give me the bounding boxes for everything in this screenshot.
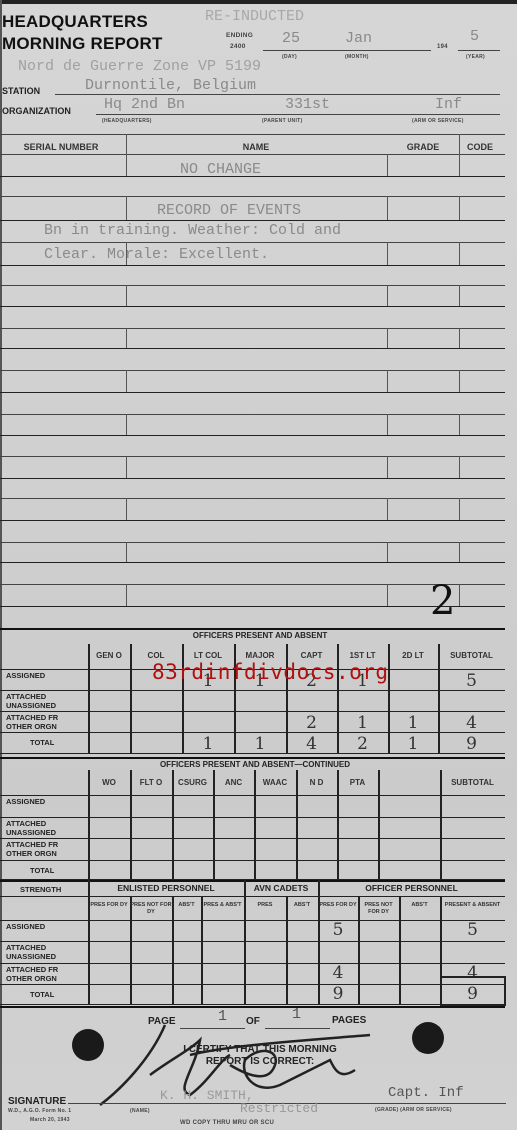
officers-cell-value: 9 bbox=[438, 734, 505, 754]
strength-column-divider bbox=[286, 896, 288, 1004]
officers-cell-value: 2 bbox=[337, 734, 388, 754]
roster-rule bbox=[0, 220, 505, 221]
roster-rule bbox=[0, 176, 505, 177]
officers-col-header: GEN O bbox=[88, 651, 130, 660]
roster-column-divider bbox=[126, 456, 127, 478]
officers-row-label: TOTAL bbox=[30, 738, 105, 747]
strength-column-divider bbox=[399, 896, 401, 1004]
col-grade: GRADE bbox=[388, 142, 458, 152]
roster-column-divider bbox=[459, 414, 460, 435]
officers-cell-value: 5 bbox=[438, 671, 505, 691]
roster-rule bbox=[0, 435, 505, 436]
roster-column-divider bbox=[126, 584, 127, 606]
org-parent-unit: 331st bbox=[285, 96, 330, 113]
strength-row-label: ATTACHED FR OTHER ORGN bbox=[6, 965, 81, 983]
strength-column-divider bbox=[244, 880, 246, 1004]
punch-hole-right bbox=[412, 1022, 444, 1054]
roster-column-divider bbox=[126, 134, 127, 154]
roster-column-divider bbox=[387, 498, 388, 520]
officers-continued-col-header: CSURG bbox=[172, 778, 213, 787]
title-morning-report: MORNING REPORT bbox=[2, 34, 163, 54]
distribution-note: WD COPY THRU MRU OR SCU bbox=[180, 1120, 274, 1126]
roster-column-divider bbox=[459, 196, 460, 220]
strength-cell-value: 5 bbox=[440, 920, 505, 940]
roster-rule bbox=[0, 520, 505, 521]
strength-row-label: ATTACHED UNASSIGNED bbox=[6, 943, 81, 961]
officers-cell-value: 1 bbox=[337, 713, 388, 733]
organization-underline bbox=[96, 114, 500, 115]
strength-label: STRENGTH bbox=[20, 885, 61, 894]
roster-column-divider bbox=[387, 584, 388, 606]
roster-column-divider bbox=[459, 584, 460, 606]
officers-continued-col-header: N D bbox=[296, 778, 337, 787]
roster-rule bbox=[0, 498, 505, 499]
officers-col-header: COL bbox=[130, 651, 182, 660]
officers-continued-row-rule bbox=[0, 838, 505, 839]
officers-cell-value: 1 bbox=[388, 713, 438, 733]
officers-col-header: SUBTOTAL bbox=[438, 651, 505, 660]
roster-column-divider bbox=[387, 196, 388, 220]
roster-column-divider bbox=[126, 542, 127, 562]
officers-continued-row-label: ATTACHED FR OTHER ORGN bbox=[6, 840, 81, 858]
strength-group-header: OFFICER PERSONNEL bbox=[318, 883, 505, 893]
report-year: 5 bbox=[470, 28, 479, 45]
officers-continued-col-header: WO bbox=[88, 778, 130, 787]
strength-col-header: PRES bbox=[244, 902, 286, 909]
org-arm: Inf bbox=[435, 96, 462, 113]
col-code: CODE bbox=[460, 142, 500, 152]
strength-col-header: ABS'T bbox=[172, 902, 201, 909]
roster-column-divider bbox=[126, 498, 127, 520]
signature-label: SIGNATURE bbox=[8, 1096, 66, 1107]
roster-column-divider bbox=[126, 196, 127, 220]
strength-column-divider bbox=[172, 896, 174, 1004]
record-of-events-heading: RECORD OF EVENTS bbox=[157, 202, 301, 219]
strength-group-header: AVN CADETS bbox=[244, 883, 318, 893]
col-serial-number: SERIAL NUMBER bbox=[6, 142, 116, 152]
roster-rule bbox=[0, 392, 505, 393]
col-name: NAME bbox=[126, 142, 386, 152]
title-headquarters: HEADQUARTERS bbox=[2, 12, 148, 32]
officers-row-label: ATTACHED UNASSIGNED bbox=[6, 692, 81, 710]
roster-column-divider bbox=[459, 154, 460, 176]
officers-column-divider bbox=[130, 644, 132, 753]
strength-col-header: PRES & ABS'T bbox=[201, 902, 244, 909]
roster-rule bbox=[0, 154, 505, 155]
strength-col-header: PRES FOR DY bbox=[88, 902, 130, 909]
form-date: March 20, 1943 bbox=[30, 1117, 70, 1123]
date-underline bbox=[263, 50, 431, 51]
officers-col-header: MAJOR bbox=[234, 651, 286, 660]
signer-grade: Capt. Inf bbox=[388, 1085, 464, 1101]
roster-rule bbox=[0, 478, 505, 479]
roster-column-divider bbox=[126, 242, 127, 265]
officers-continued-top-rule bbox=[0, 757, 505, 759]
strength-row-rule bbox=[0, 920, 505, 921]
roster-rule bbox=[0, 306, 505, 307]
strength-column-divider bbox=[88, 880, 90, 1004]
roster-column-divider bbox=[459, 370, 460, 392]
officers-top-rule bbox=[0, 628, 505, 630]
strength-row-rule bbox=[0, 984, 505, 985]
officers-cell-value: 1 bbox=[388, 734, 438, 754]
roster-column-divider bbox=[459, 328, 460, 348]
roster-rule bbox=[0, 328, 505, 329]
officers-row-label: ATTACHED FR OTHER ORGN bbox=[6, 713, 81, 731]
officers-continued-col-header: WAAC bbox=[254, 778, 296, 787]
strength-row-rule bbox=[0, 896, 505, 897]
officers-row-label: ASSIGNED bbox=[6, 671, 81, 680]
org-headquarters: Hq 2nd Bn bbox=[104, 96, 185, 113]
roster-column-divider bbox=[459, 456, 460, 478]
organization-label: ORGANIZATION bbox=[2, 106, 71, 116]
roster-rule bbox=[0, 542, 505, 543]
strength-col-header: PRESENT & ABSENT bbox=[440, 902, 505, 909]
strength-col-header: PRES FOR DY bbox=[318, 902, 358, 909]
officers-continued-row-label: TOTAL bbox=[30, 866, 105, 875]
roster-rule bbox=[0, 196, 505, 197]
roster-rule bbox=[0, 562, 505, 563]
top-border bbox=[0, 0, 517, 4]
strength-row-rule bbox=[0, 941, 505, 942]
caption-headquarters: (HEADQUARTERS) bbox=[102, 118, 152, 124]
roster-rule bbox=[0, 265, 505, 266]
officers-continued-column-divider bbox=[378, 770, 380, 879]
strength-group-header: ENLISTED PERSONNEL bbox=[88, 883, 244, 893]
roster-rule bbox=[0, 456, 505, 457]
roster-column-divider bbox=[387, 370, 388, 392]
officers-cell-value: 4 bbox=[438, 713, 505, 733]
day-caption: (DAY) bbox=[282, 54, 297, 60]
year-caption: (YEAR) bbox=[466, 54, 485, 60]
location-note: Nord de Guerre Zone VP 5199 bbox=[18, 58, 261, 75]
strength-col-header: ABS'T bbox=[399, 902, 440, 909]
year-prefix: 194 bbox=[437, 44, 448, 50]
roster-column-divider bbox=[387, 242, 388, 265]
roster-column-divider bbox=[126, 154, 127, 176]
officers-cell-value: 1 bbox=[234, 734, 286, 754]
officers-cell-value: 1 bbox=[182, 734, 234, 754]
officers-continued-col-header: FLT O bbox=[130, 778, 172, 787]
roster-column-divider bbox=[126, 285, 127, 306]
caption-name: (NAME) bbox=[130, 1108, 150, 1114]
station-value: Durnontile, Belgium bbox=[85, 77, 256, 94]
roster-rule bbox=[0, 414, 505, 415]
roster-column-divider bbox=[387, 285, 388, 306]
officers-col-header: 1ST LT bbox=[337, 651, 388, 660]
strength-row-rule bbox=[0, 963, 505, 964]
watermark: 83rdinfdivdocs.org bbox=[152, 660, 389, 684]
roster-column-divider bbox=[126, 370, 127, 392]
roster-rule bbox=[0, 370, 505, 371]
strength-row-label: ASSIGNED bbox=[6, 922, 81, 931]
roster-column-divider bbox=[387, 154, 388, 176]
officers-continued-row-rule bbox=[0, 817, 505, 818]
report-month: Jan bbox=[345, 30, 372, 47]
event-line-2: Clear. Morale: Excellent. bbox=[44, 246, 269, 263]
roster-rule bbox=[0, 242, 505, 243]
officers-cell-value: 2 bbox=[286, 713, 337, 733]
officers-column-divider bbox=[88, 644, 90, 753]
reinducted-stamp: RE-INDUCTED bbox=[205, 8, 304, 25]
officers-continued-row-label: ATTACHED UNASSIGNED bbox=[6, 819, 81, 837]
roster-column-divider bbox=[126, 328, 127, 348]
roster-column-divider bbox=[387, 542, 388, 562]
report-day: 25 bbox=[282, 30, 300, 47]
officers-col-header: CAPT bbox=[286, 651, 337, 660]
officers-continued-row-label: ASSIGNED bbox=[6, 797, 81, 806]
roster-column-divider bbox=[459, 134, 460, 154]
officers-title: OFFICERS PRESENT AND ABSENT bbox=[130, 631, 390, 640]
strength-column-divider bbox=[201, 896, 203, 1004]
roster-top-rule bbox=[0, 134, 505, 135]
roster-column-divider bbox=[459, 542, 460, 562]
officers-col-header: LT COL bbox=[182, 651, 234, 660]
strength-cell-value: 5 bbox=[318, 920, 358, 940]
strength-col-header: PRES NOT FOR DY bbox=[358, 902, 399, 916]
footer-top-rule bbox=[0, 1006, 505, 1008]
strength-col-header: ABS'T bbox=[286, 902, 318, 909]
roster-column-divider bbox=[387, 414, 388, 435]
strength-row-label: TOTAL bbox=[30, 990, 105, 999]
strength-cell-value: 9 bbox=[318, 984, 358, 1004]
officers-continued-row-rule bbox=[0, 860, 505, 861]
officers-continued-col-header: PTA bbox=[337, 778, 378, 787]
officers-row-rule bbox=[0, 711, 505, 712]
strength-row-rule bbox=[0, 1004, 505, 1005]
caption-arm: (ARM OR SERVICE) bbox=[412, 118, 464, 124]
month-caption: (MONTH) bbox=[345, 54, 369, 60]
station-underline bbox=[55, 94, 500, 95]
roster-column-divider bbox=[459, 285, 460, 306]
caption-grade: (GRADE) (ARM OR SERVICE) bbox=[375, 1107, 452, 1113]
roster-rule bbox=[0, 285, 505, 286]
form-id: W.D., A.G.O. Form No. 1 bbox=[8, 1108, 71, 1114]
caption-parent-unit: (PARENT UNIT) bbox=[262, 118, 302, 124]
roster-column-divider bbox=[459, 498, 460, 520]
station-label: STATION bbox=[2, 86, 40, 96]
left-border bbox=[0, 0, 2, 1130]
strength-col-header: PRES NOT FOR DY bbox=[130, 902, 172, 916]
entries-count-mark: 2 bbox=[430, 578, 455, 624]
morning-report-page: HEADQUARTERS MORNING REPORT RE-INDUCTED … bbox=[0, 0, 517, 1130]
roster-column-divider bbox=[126, 414, 127, 435]
roster-column-divider bbox=[387, 456, 388, 478]
restricted-stamp: Restricted bbox=[240, 1101, 318, 1116]
ending-time: 2400 bbox=[230, 43, 246, 50]
roster-column-divider bbox=[459, 242, 460, 265]
officers-continued-col-header: ANC bbox=[213, 778, 254, 787]
total-present-absent-box bbox=[440, 976, 506, 1006]
roster-rule bbox=[0, 348, 505, 349]
officers-continued-title: OFFICERS PRESENT AND ABSENT—CONTINUED bbox=[120, 760, 390, 769]
strength-top-rule bbox=[0, 880, 505, 882]
year-underline bbox=[458, 50, 500, 51]
officers-continued-row-rule bbox=[0, 795, 505, 796]
event-line-1: Bn in training. Weather: Cold and bbox=[44, 222, 341, 239]
roster-column-divider bbox=[387, 328, 388, 348]
officers-col-header: 2D LT bbox=[388, 651, 438, 660]
officers-continued-col-header: SUBTOTAL bbox=[440, 778, 505, 787]
ending-label: ENDING bbox=[226, 32, 253, 39]
officers-cell-value: 4 bbox=[286, 734, 337, 754]
strength-cell-value: 4 bbox=[318, 963, 358, 983]
